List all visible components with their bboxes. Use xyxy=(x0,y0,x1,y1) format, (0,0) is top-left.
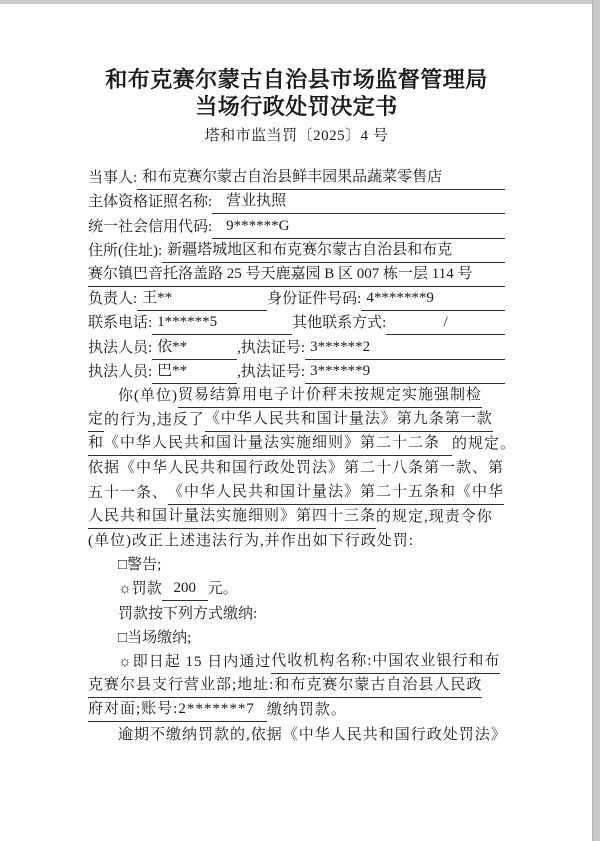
text-segment: 其他联系方式: xyxy=(292,313,386,335)
document-line: 执法人员:依**,执法证号:3******2 xyxy=(88,335,505,359)
underlined-field: 4*******9 xyxy=(361,288,505,311)
document-line: 负责人:王**身份证件号码:4*******9 xyxy=(88,287,505,311)
document-line: 罚款按下列方式缴纳: xyxy=(88,601,505,625)
text-segment: 依据《中华人民共和国行政处罚法》第二十八条第一款、第 xyxy=(88,458,504,480)
document-line: 统一社会信用代码:9******G xyxy=(88,214,505,238)
underlined-field: 《中华人民共和国计量法》第二十五条和《中华 xyxy=(168,482,504,505)
document-line: 人民共和国计量法实施细则》第四十三条的规定,现责令你 xyxy=(88,505,505,529)
text-segment: 住所(住址): xyxy=(88,241,162,263)
text-segment: 的规定,现责令你 xyxy=(376,507,493,529)
selected-option-icon: ☼ xyxy=(118,579,132,601)
underlined-field: 代收机构名称:中国农业银行和布 xyxy=(271,651,500,674)
document-line: 联系电话:1******5其他联系方式:/ xyxy=(88,311,505,335)
document-number: 塔和市监当罚〔2025〕4 号 xyxy=(88,126,505,146)
underlined-field: 营业执照 xyxy=(212,191,505,214)
checkbox-unchecked-icon: □ xyxy=(118,555,127,577)
text-segment: 当场缴纳; xyxy=(127,628,191,650)
text-segment: 元。 xyxy=(208,579,238,601)
underlined-field: 3******2 xyxy=(305,337,505,360)
underlined-field: 王** xyxy=(137,288,267,311)
document-line: 和《中华人民共和国计量法实施细则》第二十二条的规定。 xyxy=(88,432,505,456)
underlined-field: 依** xyxy=(152,337,237,360)
document-line: 定的行为,违反了《中华人民共和国计量法》第九条第一款 xyxy=(88,408,505,432)
document-type-title: 当场行政处罚决定书 xyxy=(88,93,505,120)
document-line: 当事人:和布克赛尔蒙古自治县鲜丰园果品蔬菜零售店 xyxy=(88,166,505,190)
document-line: 逾期不缴纳罚款的,依据《中华人民共和国行政处罚法》 xyxy=(88,722,505,746)
text-segment: 身份证件号码: xyxy=(267,289,361,311)
document-line: (单位)改正上述违法行为,并作出如下行政处罚: xyxy=(88,529,505,553)
underlined-field: 1******5 xyxy=(152,312,292,335)
text-segment: 即日起 15 日内通过 xyxy=(133,652,272,674)
issuing-authority-title: 和布克赛尔蒙古自治县市场监督管理局 xyxy=(88,66,505,93)
text-segment: 联系电话: xyxy=(88,313,152,335)
document-line: 五十一条、《中华人民共和国计量法》第二十五条和《中华 xyxy=(88,480,505,504)
text-segment: ,执法证号: xyxy=(237,338,305,360)
text-segment: 执法人员: xyxy=(88,338,152,360)
document-line: 府对面;账号:2*******7缴纳罚款。 xyxy=(88,698,505,722)
text-segment: 罚款 xyxy=(132,579,162,601)
text-segment: 罚款按下列方式缴纳: xyxy=(118,604,257,626)
underlined-field: 巴** xyxy=(152,361,237,384)
underlined-field: 贸易结算用电子计价秤未按规定实施强制检 xyxy=(178,385,482,408)
text-segment: 的规定。 xyxy=(452,434,505,456)
text-segment: 执法人员: xyxy=(88,362,152,384)
underlined-field: 府对面;账号:2*******7 xyxy=(88,699,267,722)
text-segment: 当事人: xyxy=(88,168,137,190)
text-segment: 缴纳罚款。 xyxy=(267,700,347,722)
document-line: 主体资格证照名称:营业执照 xyxy=(88,190,505,214)
underlined-field: / xyxy=(386,312,505,335)
text-segment: (单位)改正上述违法行为,并作出如下行政处罚: xyxy=(88,531,414,553)
underlined-field: 200 xyxy=(162,578,208,601)
underlined-field: 新疆塔城地区和布克赛尔蒙古自治县和布克 xyxy=(162,240,505,263)
underlined-field: 赛尔镇巴音托洛盖路 25 号天鹿嘉园 B 区 007 栋一层 114 号 xyxy=(88,264,505,287)
checkbox-unchecked-icon: □ xyxy=(118,628,127,650)
document-line: 依据《中华人民共和国行政处罚法》第二十八条第一款、第 xyxy=(88,456,505,480)
text-segment: 五十一条、 xyxy=(88,483,168,505)
viewer-top-edge xyxy=(0,0,600,4)
document-line: □警告; xyxy=(88,553,505,577)
underlined-field: 克赛尔县支行营业部;地址:和布克赛尔蒙古自治县人民政 xyxy=(88,675,482,698)
text-segment: 的行为,违反了 xyxy=(104,410,205,432)
document-header: 和布克赛尔蒙古自治县市场监督管理局 当场行政处罚决定书 塔和市监当罚〔2025〕… xyxy=(88,66,505,146)
document-line: □当场缴纳; xyxy=(88,626,505,650)
viewer-right-edge xyxy=(592,0,600,841)
underlined-field: 人民共和国计量法实施细则》第四十三条 xyxy=(88,506,376,529)
document-line: 你(单位)贸易结算用电子计价秤未按规定实施强制检 xyxy=(88,384,505,408)
text-segment: 主体资格证照名称: xyxy=(88,192,212,214)
text-segment: 负责人: xyxy=(88,289,137,311)
text-segment: ,执法证号: xyxy=(237,362,305,384)
document-line: ☼即日起 15 日内通过代收机构名称:中国农业银行和布 xyxy=(88,650,505,674)
document-line: 执法人员:巴**,执法证号:3******9 xyxy=(88,360,505,384)
document-line: 赛尔镇巴音托洛盖路 25 号天鹿嘉园 B 区 007 栋一层 114 号 xyxy=(88,263,505,287)
document-line: ☼罚款200元。 xyxy=(88,577,505,601)
underlined-field: 《中华人民共和国计量法》第九条第一款 xyxy=(205,409,493,432)
text-segment: 警告; xyxy=(127,555,161,577)
document-line: 克赛尔县支行营业部;地址:和布克赛尔蒙古自治县人民政 xyxy=(88,674,505,698)
document-line: 住所(住址):新疆塔城地区和布克赛尔蒙古自治县和布克 xyxy=(88,239,505,263)
text-segment: 统一社会信用代码: xyxy=(88,217,212,239)
underlined-field: 定 xyxy=(88,409,104,432)
underlined-field: 和布克赛尔蒙古自治县鲜丰园果品蔬菜零售店 xyxy=(137,167,505,190)
underlined-field: 9******G xyxy=(212,216,505,239)
document-page: 和布克赛尔蒙古自治县市场监督管理局 当场行政处罚决定书 塔和市监当罚〔2025〕… xyxy=(0,0,600,841)
document-body: 当事人:和布克赛尔蒙古自治县鲜丰园果品蔬菜零售店主体资格证照名称:营业执照统一社… xyxy=(88,166,505,747)
text-segment: 你(单位) xyxy=(118,386,178,408)
selected-option-icon: ☼ xyxy=(118,652,133,674)
text-segment: 逾期不缴纳罚款的,依据《中华人民共和国行政处罚法》 xyxy=(118,725,505,747)
underlined-field: 3******9 xyxy=(305,361,505,384)
underlined-field: 和《中华人民共和国计量法实施细则》第二十二条 xyxy=(88,433,452,456)
